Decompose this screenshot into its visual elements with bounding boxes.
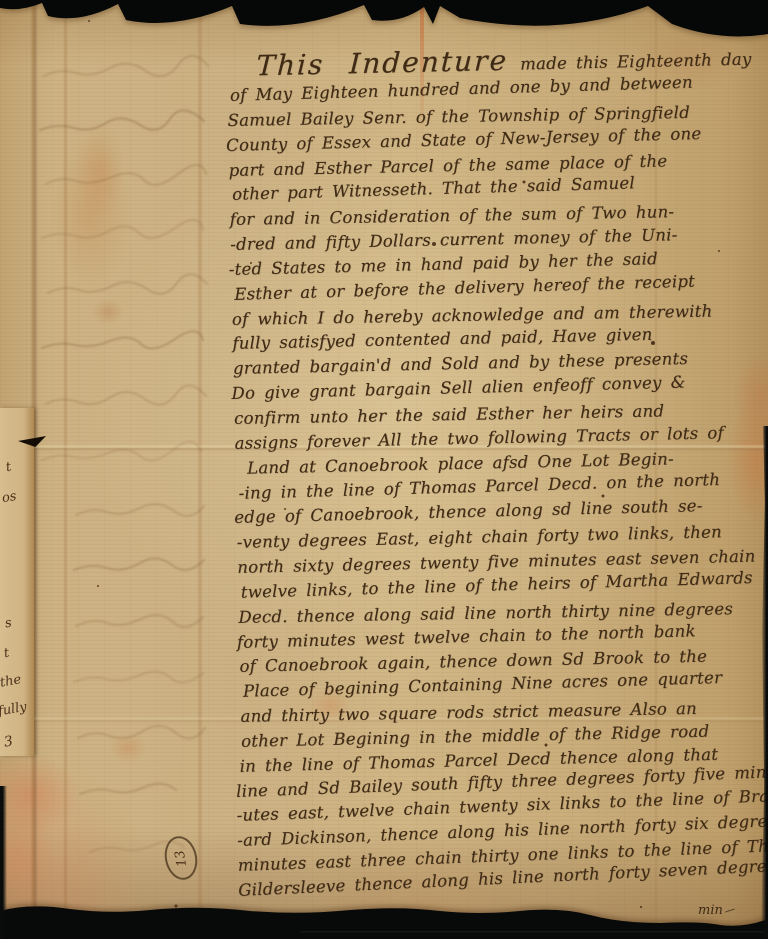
folded-page-edge: t os s t the fully 3 — [0, 408, 34, 756]
manuscript-line-rest: made this Eighteenth day — [520, 50, 752, 74]
page-number: 13 — [172, 849, 190, 868]
margin-fragment: the — [0, 672, 22, 690]
margin-fragment: fully — [0, 700, 28, 720]
torn-edge-bottom — [0, 887, 768, 939]
margin-fragment: t — [5, 460, 13, 476]
bleed-through-marks — [30, 52, 240, 912]
margin-fragment: 3 — [3, 733, 15, 750]
document-scan: t os s t the fully 3 13 This Indenturema… — [0, 0, 768, 939]
margin-fragment: s — [4, 616, 13, 632]
margin-fragment: t — [3, 646, 11, 662]
manuscript-text-block: This Indenturemade this Eighteenth day o… — [226, 38, 768, 905]
left-photo-edge — [0, 786, 7, 939]
deckle-edge-top — [0, 0, 768, 46]
margin-fragment: os — [1, 489, 18, 506]
opening-words: This Indenture — [256, 44, 509, 83]
